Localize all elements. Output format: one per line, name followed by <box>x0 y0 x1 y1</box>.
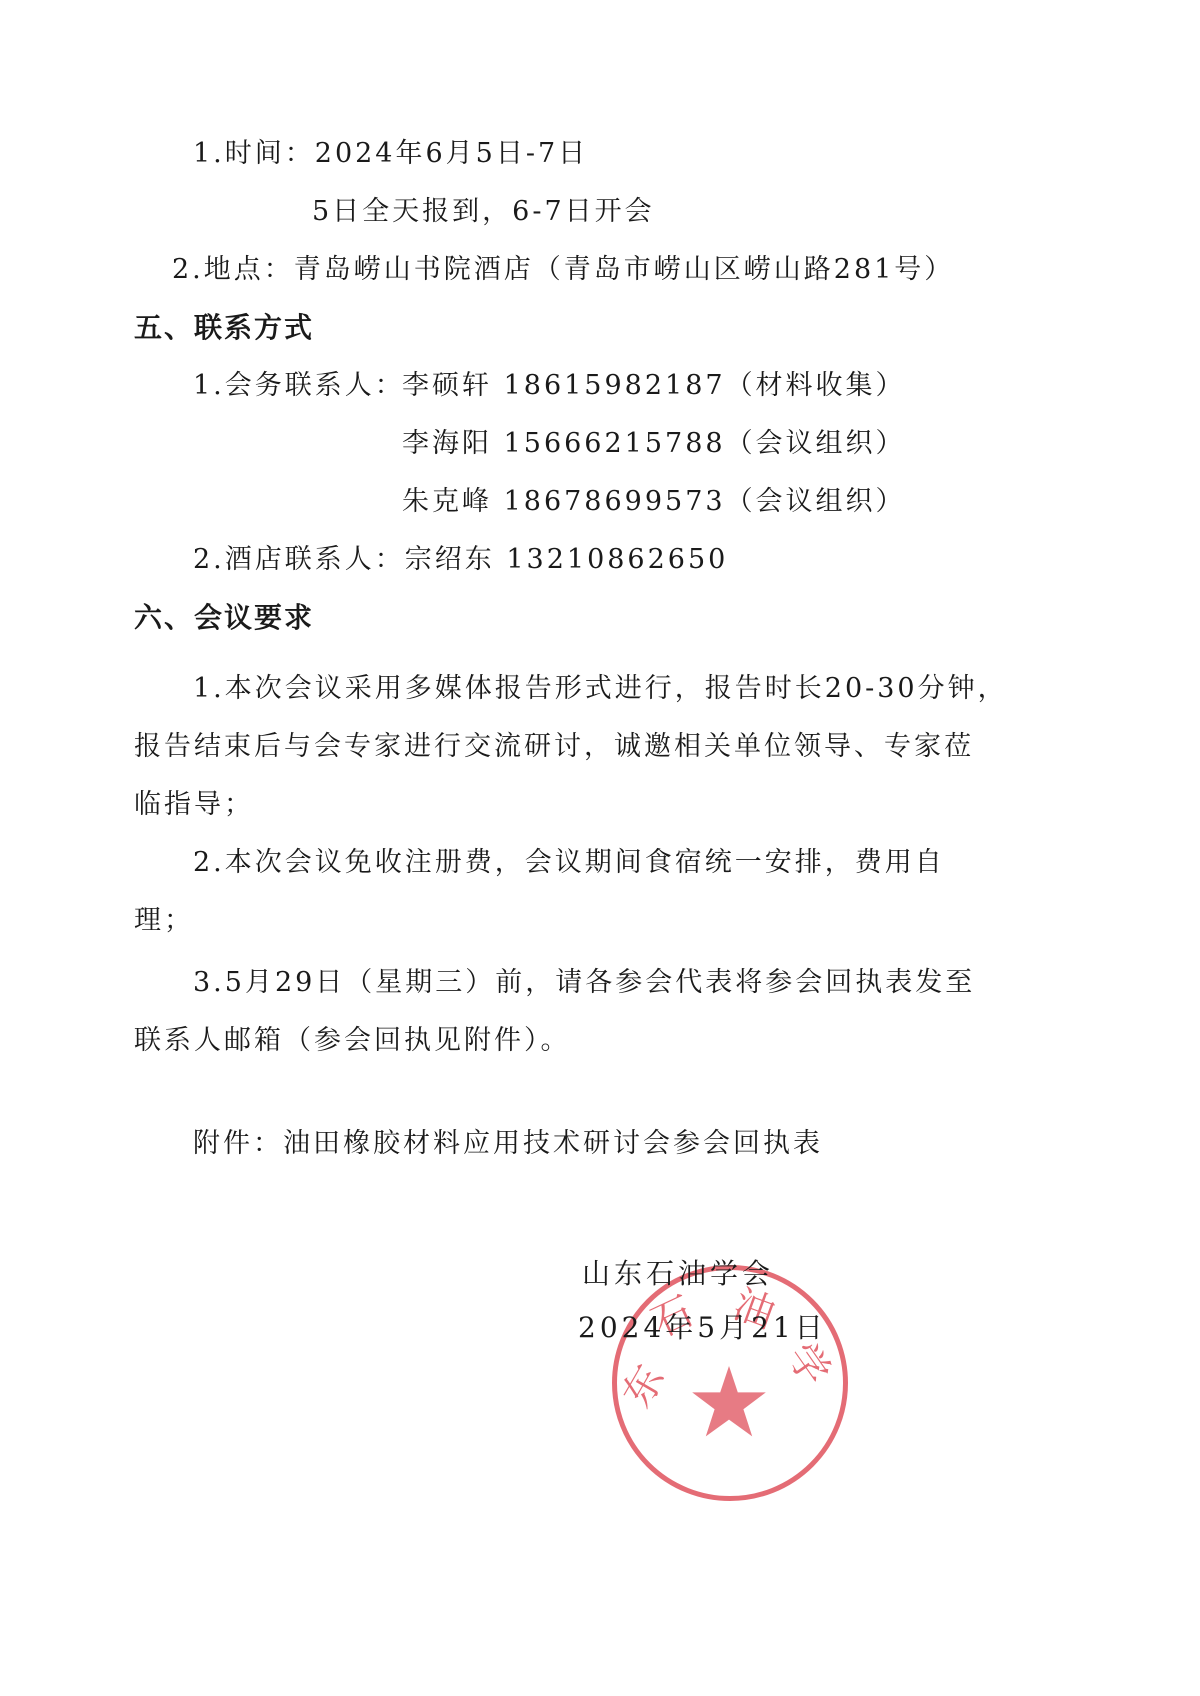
requirement-2-line-1: 2.本次会议免收注册费，会议期间食宿统一安排，费用自 <box>193 846 945 880</box>
time-line: 1.时间：2024年6月5日-7日 <box>193 137 588 171</box>
signature-org: 山东石油学会 <box>582 1252 774 1292</box>
official-seal: 东 石 油 学 <box>612 1265 848 1501</box>
contact-row: 李硕轩 18615982187（材料收集） <box>402 369 906 403</box>
requirement-1-line-2: 报告结束后与会专家进行交流研讨，诚邀相关单位领导、专家莅 <box>134 730 974 764</box>
contact-role: （会议组织） <box>726 486 906 517</box>
contact-role: （会议组织） <box>726 428 906 459</box>
contact-name: 朱克峰 <box>402 486 492 517</box>
requirement-1-line-1: 1.本次会议采用多媒体报告形式进行，报告时长20-30分钟， <box>193 672 1008 706</box>
hotel-contact-phone: 13210862650 <box>506 544 728 575</box>
contact-row: 朱克峰 18678699573（会议组织） <box>402 485 906 519</box>
contact-phone: 18615982187 <box>504 370 726 401</box>
seal-char: 东 <box>606 1353 675 1416</box>
section-heading-contact: 五、联系方式 <box>134 311 314 345</box>
hotel-contact-label: 2.酒店联系人： <box>193 544 405 575</box>
contact-name: 李硕轩 <box>402 370 492 401</box>
contact-row: 李海阳 15666215788（会议组织） <box>402 427 906 461</box>
time-detail: 5日全天报到，6-7日开会 <box>312 195 655 229</box>
requirement-3-line-2: 联系人邮箱（参会回执见附件）。 <box>134 1024 571 1058</box>
contact-role: （材料收集） <box>726 370 906 401</box>
meeting-contact-label: 1.会务联系人： <box>193 369 405 403</box>
hotel-contact-name: 宗绍东 <box>405 544 495 575</box>
time-value: 2024年6月5日-7日 <box>315 138 588 169</box>
place-line: 2.地点：青岛崂山书院酒店（青岛市崂山区崂山路281号） <box>172 253 954 287</box>
requirement-1-line-3: 临指导； <box>134 788 254 822</box>
contact-phone: 18678699573 <box>504 486 726 517</box>
requirement-2-line-2: 理； <box>134 904 194 938</box>
hotel-contact-line: 2.酒店联系人：宗绍东 13210862650 <box>193 543 728 577</box>
star-icon <box>689 1362 769 1442</box>
signature-date: 2024年5月21日 <box>578 1306 827 1346</box>
time-label: 1.时间： <box>193 138 315 169</box>
requirement-3-line-1: 3.5月29日（星期三）前，请各参会代表将参会回执表发至 <box>193 966 975 1000</box>
attachment-note: 附件：油田橡胶材料应用技术研讨会参会回执表 <box>193 1127 823 1161</box>
contact-phone: 15666215788 <box>504 428 726 459</box>
section-heading-requirements: 六、会议要求 <box>134 601 314 635</box>
contact-name: 李海阳 <box>402 428 492 459</box>
